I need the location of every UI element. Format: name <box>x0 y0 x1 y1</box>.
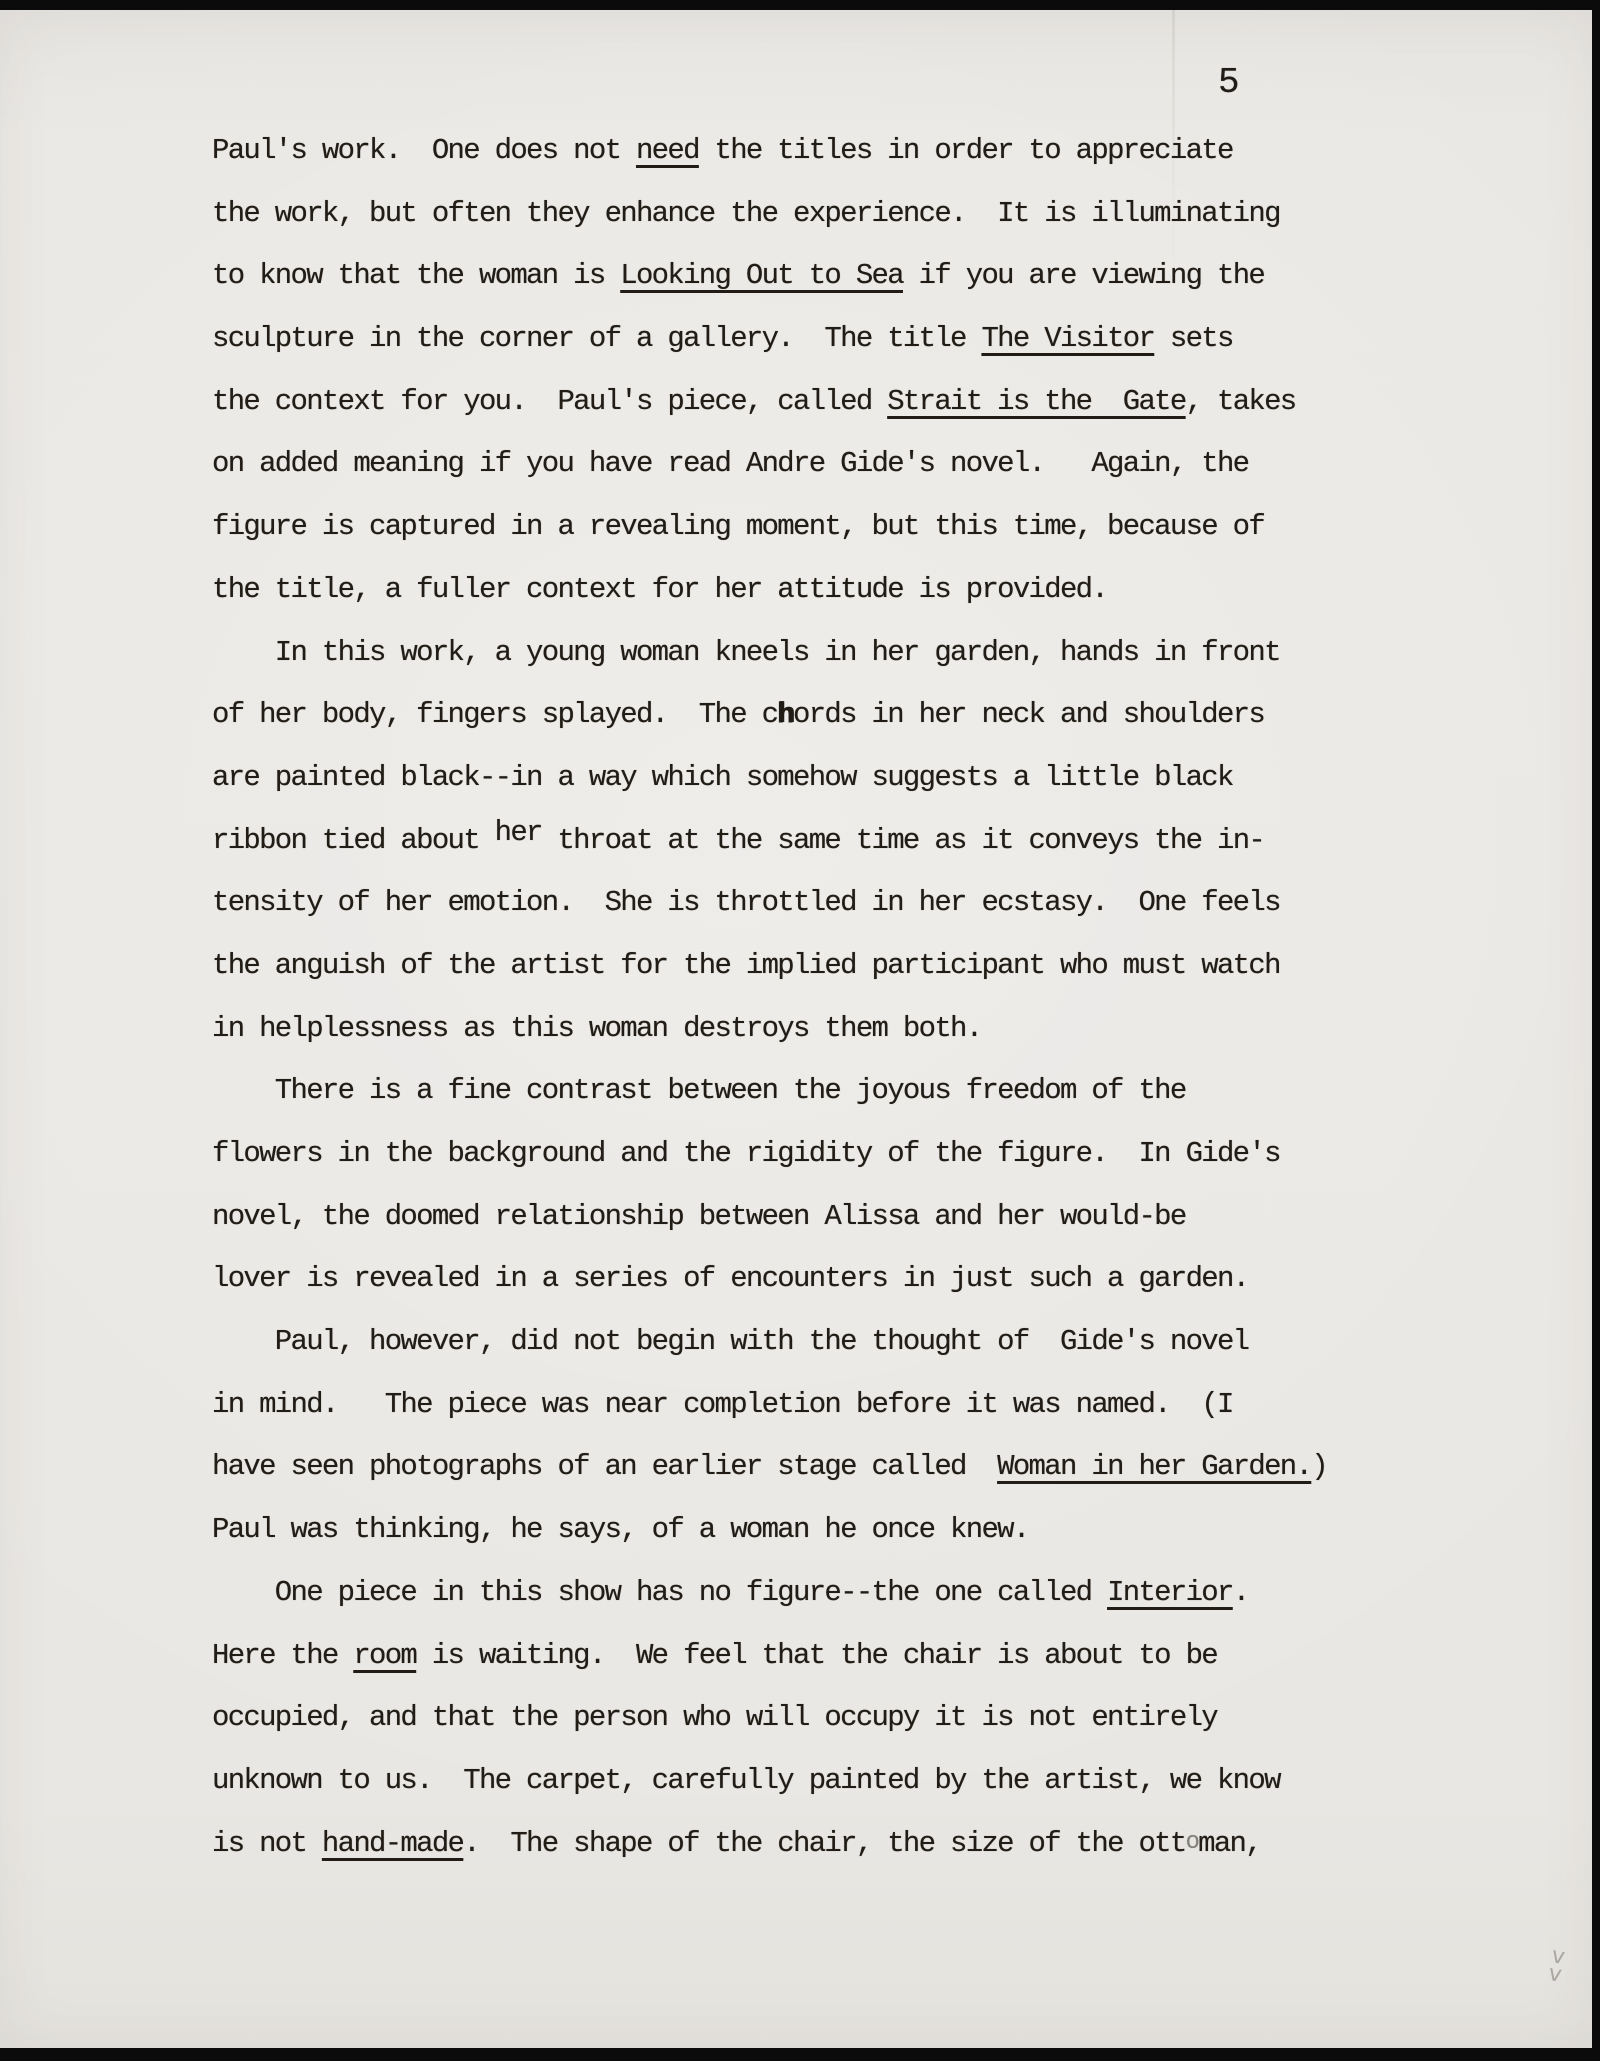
pencil-mark: v v <box>1547 1947 1566 1985</box>
text-segment: Paul was thinking, he says, of a woman h… <box>212 1513 1029 1546</box>
text-line: flowers in the background and the rigidi… <box>212 1123 1392 1186</box>
text-segment: Paul's work. One does not <box>212 134 636 167</box>
document-page: 5 Paul's work. One does not need the tit… <box>0 10 1592 2048</box>
text-segment: unknown to us. The carpet, carefully pai… <box>212 1764 1280 1797</box>
right-scan-edge <box>1592 0 1600 2061</box>
text-segment: lover is revealed in a series of encount… <box>212 1262 1248 1295</box>
text-line: in helplessness as this woman destroys t… <box>212 998 1392 1061</box>
text-line: In this work, a young woman kneels in he… <box>212 622 1392 685</box>
text-line: have seen photographs of an earlier stag… <box>212 1436 1392 1499</box>
underlined-text: hand-made <box>322 1827 463 1860</box>
text-line: Paul's work. One does not need the title… <box>212 120 1392 183</box>
text-line: Paul was thinking, he says, of a woman h… <box>212 1499 1392 1562</box>
underlined-text: Woman in her Garden. <box>997 1450 1311 1483</box>
text-segment: have seen photographs of an earlier stag… <box>212 1450 997 1483</box>
text-segment: of her body, fingers splayed. The c <box>212 698 777 731</box>
text-segment: . <box>1233 1576 1249 1609</box>
text-segment: is not <box>212 1827 322 1860</box>
text-line: occupied, and that the person who will o… <box>212 1687 1392 1750</box>
text-segment: In this work, a young woman kneels in he… <box>212 636 1280 669</box>
text-line: on added meaning if you have read Andre … <box>212 433 1392 496</box>
text-line: ribbon tied about her throat at the same… <box>212 810 1392 873</box>
text-segment: the context for you. Paul's piece, calle… <box>212 385 887 418</box>
text-line: to know that the woman is Looking Out to… <box>212 245 1392 308</box>
text-line: is not hand-made. The shape of the chair… <box>212 1813 1392 1876</box>
text-segment: her <box>495 816 542 849</box>
text-segment: sculpture in the corner of a gallery. Th… <box>212 322 981 355</box>
text-segment: in mind. The piece was near completion b… <box>212 1388 1233 1421</box>
text-line: tensity of her emotion. She is throttled… <box>212 872 1392 935</box>
underlined-text: need <box>636 134 699 167</box>
text-segment: the title, a fuller context for her atti… <box>212 573 1107 606</box>
text-segment: ords in her neck and shoulders <box>793 698 1264 731</box>
text-body: Paul's work. One does not need the title… <box>212 120 1392 1875</box>
text-segment: on added meaning if you have read Andre … <box>212 447 1248 480</box>
text-segment: ) <box>1311 1450 1327 1483</box>
text-line: figure is captured in a revealing moment… <box>212 496 1392 559</box>
text-segment: the titles in order to appreciate <box>699 134 1233 167</box>
underlined-text: The Visitor <box>981 322 1154 355</box>
text-segment: man, <box>1198 1827 1261 1860</box>
text-segment: occupied, and that the person who will o… <box>212 1701 1217 1734</box>
text-line: of her body, fingers splayed. The chords… <box>212 684 1392 747</box>
text-line: in mind. The piece was near completion b… <box>212 1374 1392 1437</box>
text-segment: Paul, however, did not begin with the th… <box>212 1325 1248 1358</box>
text-line: are painted black--in a way which someho… <box>212 747 1392 810</box>
text-line: the anguish of the artist for the implie… <box>212 935 1392 998</box>
text-line: lover is revealed in a series of encount… <box>212 1248 1392 1311</box>
text-line: the context for you. Paul's piece, calle… <box>212 371 1392 434</box>
text-segment: flowers in the background and the rigidi… <box>212 1137 1280 1170</box>
text-line: There is a fine contrast between the joy… <box>212 1060 1392 1123</box>
text-line: Paul, however, did not begin with the th… <box>212 1311 1392 1374</box>
text-segment: o <box>1186 1829 1199 1856</box>
underlined-text: Looking Out to Sea <box>620 259 903 292</box>
page-number: 5 <box>1218 62 1240 103</box>
text-segment: throat at the same time as it conveys th… <box>542 824 1264 857</box>
text-line: sculpture in the corner of a gallery. Th… <box>212 308 1392 371</box>
bottom-scan-edge <box>0 2048 1600 2061</box>
text-segment: sets <box>1154 322 1233 355</box>
underlined-text: room <box>353 1639 416 1672</box>
text-segment: the anguish of the artist for the implie… <box>212 949 1280 982</box>
text-line: the work, but often they enhance the exp… <box>212 183 1392 246</box>
text-line: Here the room is waiting. We feel that t… <box>212 1625 1392 1688</box>
text-segment: tensity of her emotion. She is throttled… <box>212 886 1280 919</box>
text-segment: the work, but often they enhance the exp… <box>212 197 1280 230</box>
text-segment: to know that the woman is <box>212 259 620 292</box>
text-segment: There is a fine contrast between the joy… <box>212 1074 1186 1107</box>
text-segment: ribbon tied about <box>212 824 495 857</box>
text-segment: are painted black--in a way which someho… <box>212 761 1233 794</box>
text-segment: h <box>777 698 793 731</box>
text-segment: Here the <box>212 1639 353 1672</box>
text-line: One piece in this show has no figure--th… <box>212 1562 1392 1625</box>
text-segment: if you are viewing the <box>903 259 1264 292</box>
text-segment: in helplessness as this woman destroys t… <box>212 1012 981 1045</box>
text-segment: . The shape of the chair, the size of th… <box>463 1827 1185 1860</box>
text-line: the title, a fuller context for her atti… <box>212 559 1392 622</box>
underlined-text: Strait is the Gate <box>887 385 1185 418</box>
text-segment: , takes <box>1186 385 1296 418</box>
text-line: novel, the doomed relationship between A… <box>212 1186 1392 1249</box>
text-segment: is waiting. We feel that the chair is ab… <box>416 1639 1217 1672</box>
text-segment: figure is captured in a revealing moment… <box>212 510 1264 543</box>
text-segment: One piece in this show has no figure--th… <box>212 1576 1107 1609</box>
underlined-text: Interior <box>1107 1576 1233 1609</box>
text-line: unknown to us. The carpet, carefully pai… <box>212 1750 1392 1813</box>
top-scan-edge <box>0 0 1600 10</box>
text-segment: novel, the doomed relationship between A… <box>212 1200 1186 1233</box>
